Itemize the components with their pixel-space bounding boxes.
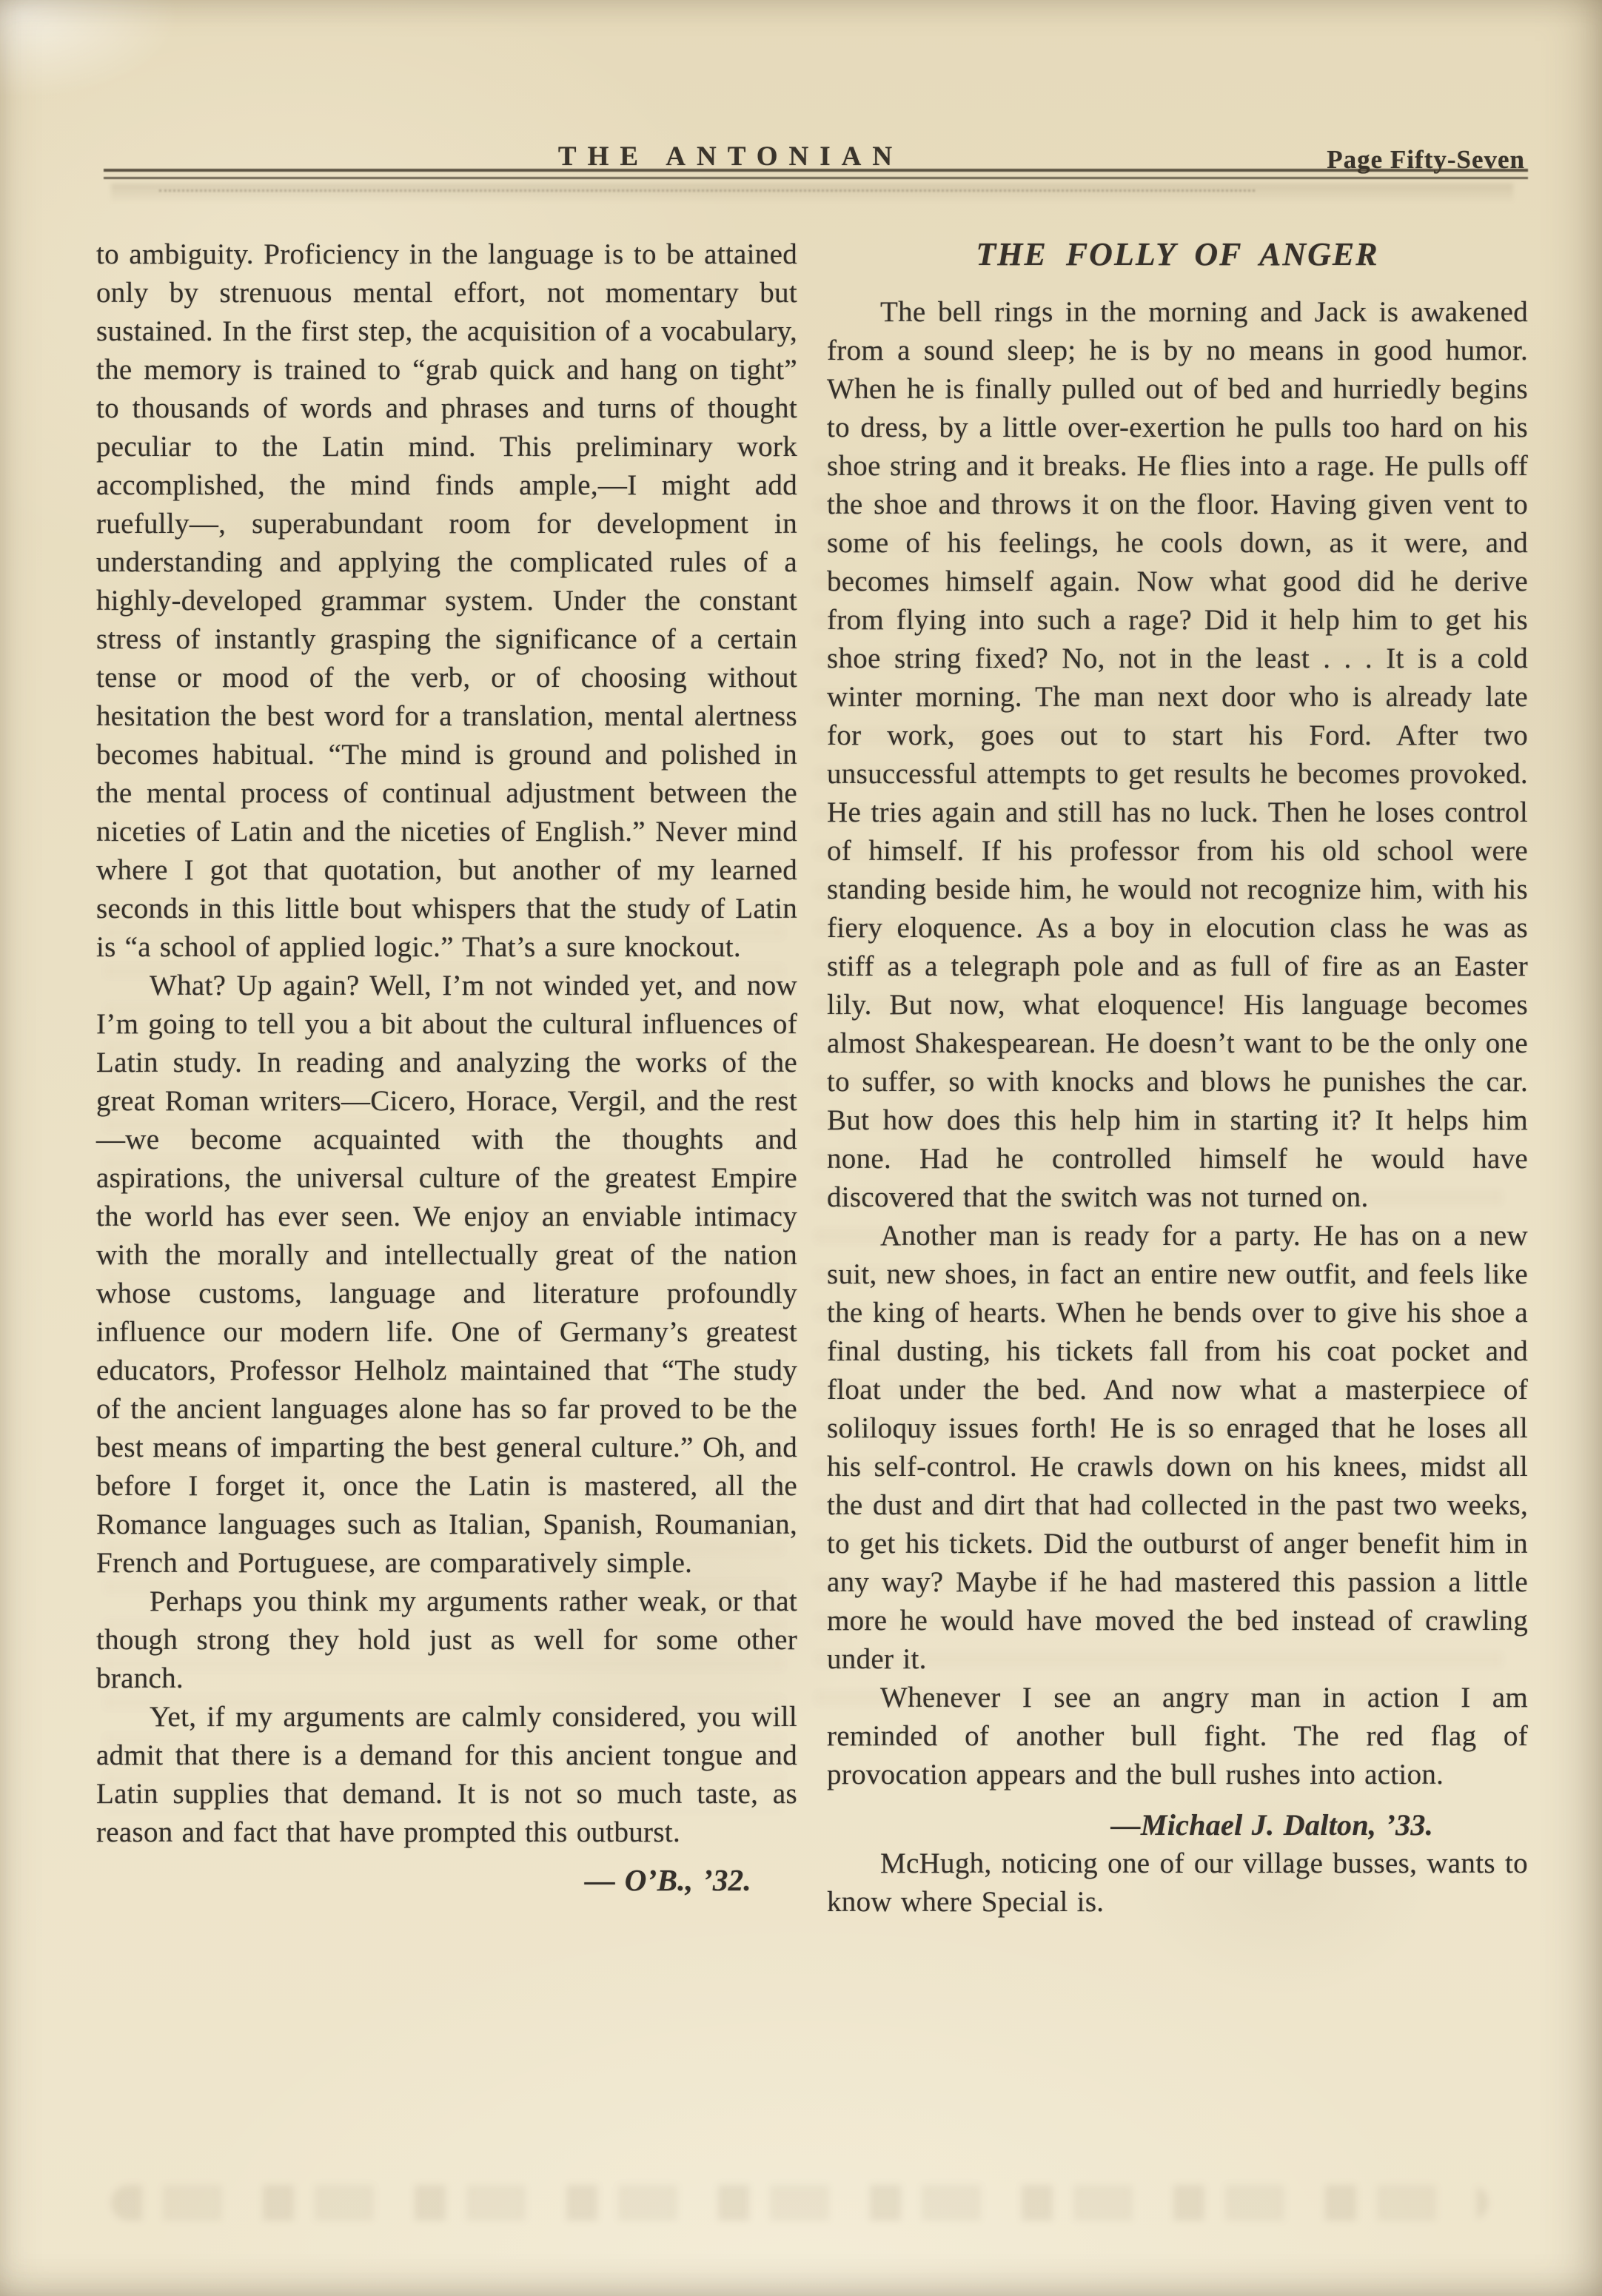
scan-speck-row [159, 189, 1255, 192]
author-signature-right: —Michael J. Dalton, ’33. [827, 1806, 1528, 1844]
anger-article-paragraph-2: Another man is ready for a party. He has… [827, 1217, 1528, 1679]
right-column-anger-article: THE FOLLY OF ANGER The bell rings in the… [827, 235, 1528, 1921]
article-title: THE FOLLY OF ANGER [827, 237, 1528, 272]
anger-article-paragraph-3: Whenever I see an angry man in action I … [827, 1679, 1528, 1794]
author-signature-left: — O’B., ’32. [96, 1861, 797, 1899]
two-column-text-block: to ambiguity. Proficiency in the languag… [96, 235, 1528, 1921]
latin-article-paragraph-2: What? Up again? Well, I’m not winded yet… [96, 967, 797, 1582]
anger-article-paragraph-1: The bell rings in the morning and Jack i… [827, 293, 1528, 1217]
rule-scan-shadow [111, 184, 1513, 203]
masthead-title: THE ANTONIAN [0, 141, 1532, 172]
latin-article-paragraph-3: Perhaps you think my arguments rather we… [96, 1582, 797, 1698]
latin-article-paragraph-4: Yet, if my arguments are calmly consider… [96, 1698, 797, 1852]
latin-article-paragraph-1: to ambiguity. Proficiency in the languag… [96, 235, 797, 967]
left-column-latin-article: to ambiguity. Proficiency in the languag… [96, 235, 797, 1921]
scanned-magazine-page: THE ANTONIAN Page Fifty-Seven to ambigui… [0, 0, 1602, 2296]
bleed-through-line [111, 2185, 1488, 2221]
filler-joke-item: McHugh, noticing one of our village buss… [827, 1844, 1528, 1921]
header-double-rule [104, 169, 1528, 179]
